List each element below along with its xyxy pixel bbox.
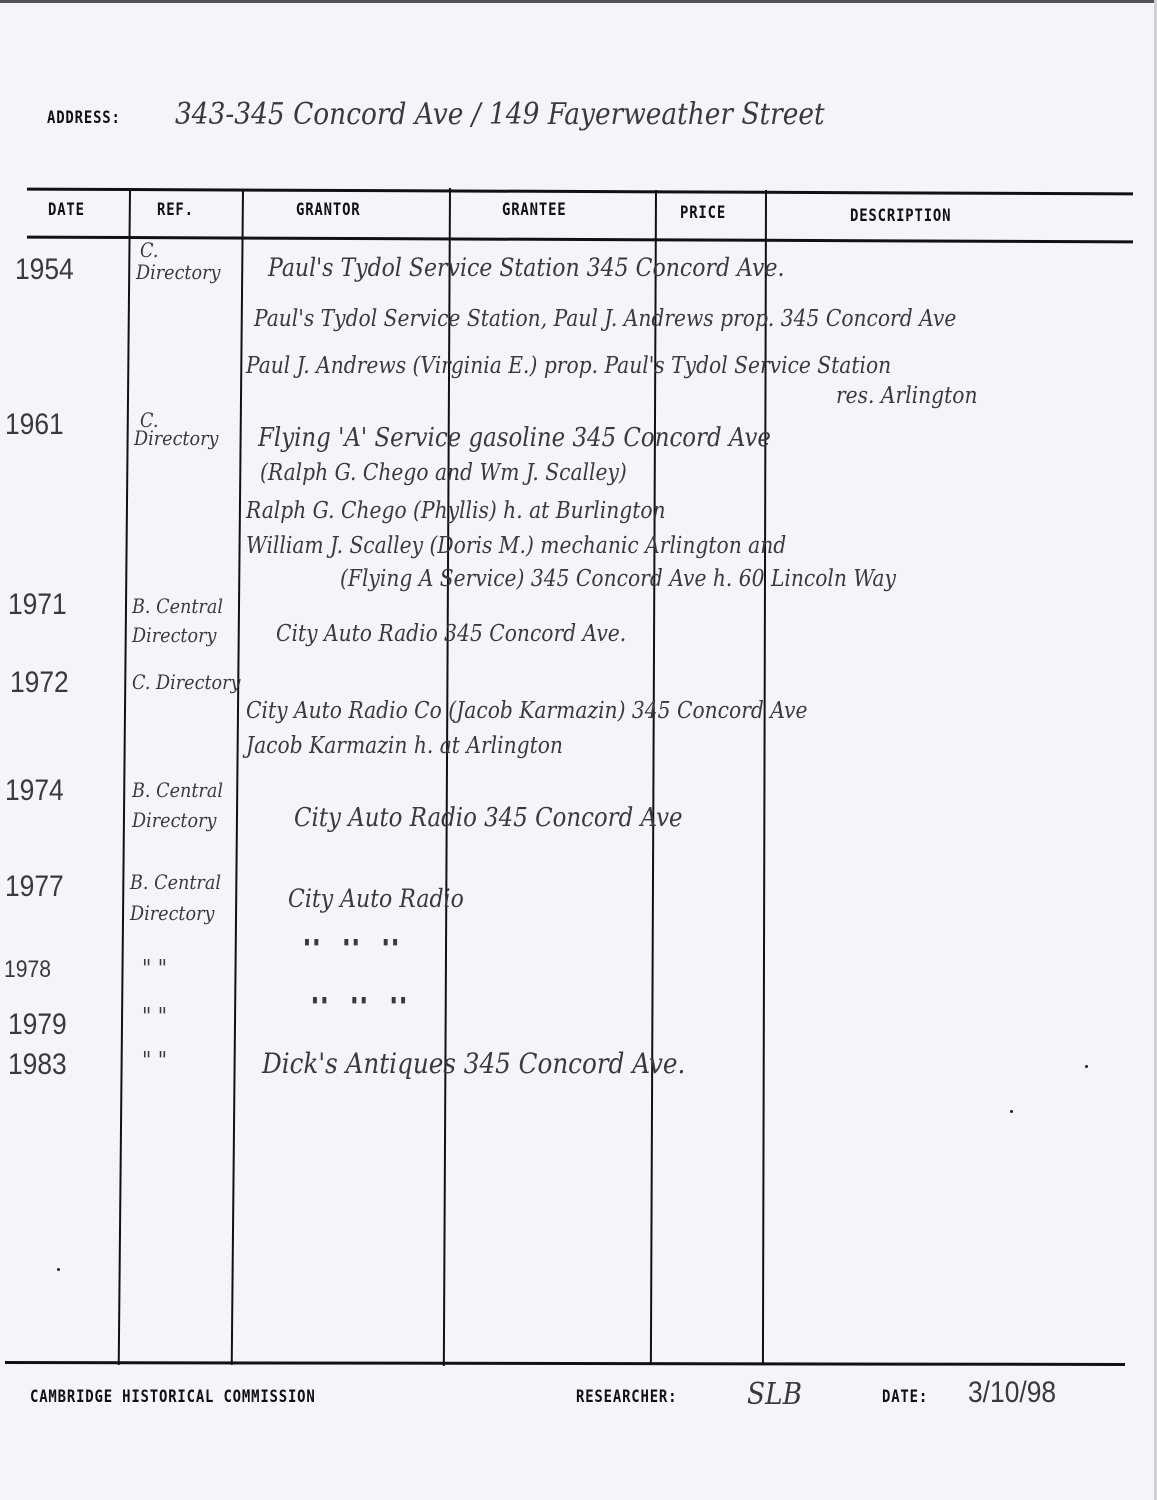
entry-text-1954-line1: Paul's Tydol Service Station 345 Concord… (268, 255, 784, 280)
column-divider-date-ref (118, 190, 131, 1365)
entry-ref-1961-line2: Directory (134, 428, 218, 448)
entry-ref-1977-line1: B. Central (130, 872, 221, 892)
entry-text-1961-line5: (Flying A Service) 345 Concord Ave h. 60… (340, 568, 896, 591)
footer-date-value: 3/10/98 (968, 1378, 1056, 1408)
entry-date-1972: 1972 (10, 668, 69, 698)
entry-text-1961-line4: William J. Scalley (Doris M.) mechanic A… (246, 535, 786, 558)
entry-ref-1983: " " (142, 1050, 167, 1073)
entry-ref-1978: " " (142, 958, 167, 981)
entry-ref-1954-line2: Directory (136, 262, 220, 282)
entry-text-1971-line1: City Auto Radio 345 Concord Ave. (276, 623, 626, 646)
table-bottom-rule (5, 1361, 1125, 1366)
entry-text-1954-line4: res. Arlington (836, 385, 978, 408)
scan-speck (1010, 1110, 1013, 1113)
footer-date-label: DATE: (882, 1387, 928, 1407)
entry-date-1979: 1979 (8, 1010, 67, 1040)
footer-researcher-value: SLB (747, 1380, 802, 1410)
entry-text-1974-line1: City Auto Radio 345 Concord Ave (294, 805, 683, 831)
entry-text-1961-line1: Flying 'A' Service gasoline 345 Concord … (258, 425, 771, 451)
scan-speck (57, 1268, 60, 1271)
ditto-marks-1977-line2: " " " (300, 938, 402, 961)
entry-text-1977-line1: City Auto Radio (288, 886, 464, 911)
scan-speck (1085, 1065, 1088, 1068)
address-label: ADDRESS: (47, 108, 121, 128)
entry-ref-1974-line1: B. Central (132, 780, 223, 800)
entry-ref-1971-line2: Directory (132, 625, 216, 645)
entry-date-1983: 1983 (8, 1050, 67, 1080)
footer-researcher-label: RESEARCHER: (576, 1387, 677, 1407)
entry-date-1974: 1974 (5, 776, 64, 806)
footer-organization: CAMBRIDGE HISTORICAL COMMISSION (30, 1387, 316, 1407)
column-header-grantee: GRANTEE (502, 200, 566, 220)
entry-text-1954-line3: Paul J. Andrews (Virginia E.) prop. Paul… (246, 355, 891, 378)
entry-text-1979-line1: " " " (308, 996, 410, 1019)
entry-ref-1979: " " (142, 1006, 167, 1029)
entry-date-1977: 1977 (5, 872, 64, 902)
entry-text-1954-line2: Paul's Tydol Service Station, Paul J. An… (254, 308, 956, 331)
scan-edge-top (0, 0, 1157, 3)
address-value: 343-345 Concord Ave / 149 Fayerweather S… (175, 100, 825, 130)
entry-ref-1977-line2: Directory (130, 903, 214, 923)
entry-text-1961-line2: (Ralph G. Chego and Wm J. Scalley) (260, 462, 627, 485)
column-header-grantor: GRANTOR (296, 200, 360, 220)
entry-ref-1972-line1: C. Directory (132, 672, 240, 692)
column-header-date: DATE (48, 200, 85, 220)
entry-date-1978: 1978 (4, 958, 51, 982)
entry-text-1961-line3: Ralph G. Chego (Phyllis) h. at Burlingto… (246, 500, 666, 523)
entry-text-1972-line2: Jacob Karmazin h. at Arlington (246, 735, 563, 758)
entry-date-1954: 1954 (15, 255, 74, 285)
table-header-rule (27, 236, 1133, 244)
entry-ref-1971-line1: B. Central (132, 596, 223, 616)
column-header-ref: REF. (157, 200, 194, 220)
entry-date-1971: 1971 (8, 590, 67, 620)
column-header-price: PRICE (680, 203, 726, 223)
column-header-description: DESCRIPTION (850, 206, 951, 226)
entry-ref-1954-line1: C. (140, 240, 158, 260)
table-top-rule (27, 188, 1133, 196)
entry-date-1961: 1961 (5, 410, 64, 440)
column-divider-ref-grantor (231, 190, 244, 1365)
entry-text-1983-line1: Dick's Antiques 345 Concord Ave. (262, 1050, 685, 1078)
entry-ref-1974-line2: Directory (132, 810, 216, 830)
entry-text-1972-line1: City Auto Radio Co (Jacob Karmazin) 345 … (246, 700, 807, 723)
